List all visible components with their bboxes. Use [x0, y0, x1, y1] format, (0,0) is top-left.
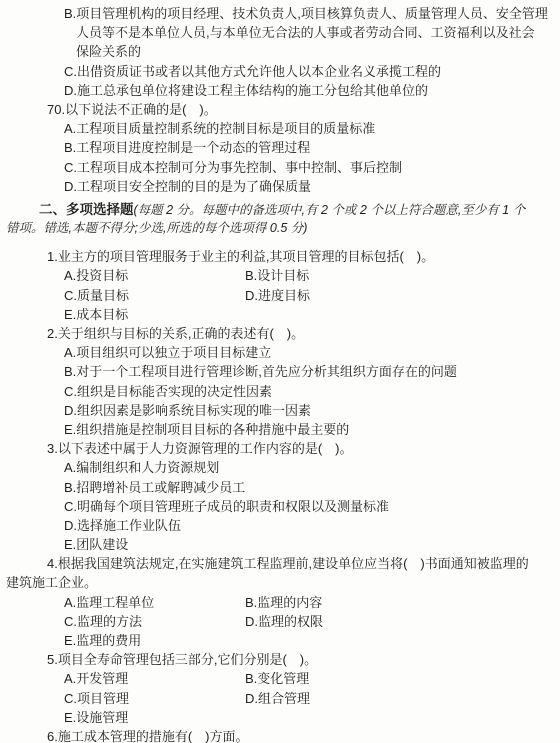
q5-option-b: B.变化管理: [245, 671, 309, 686]
section2-note-line1: (每题 2 分。每题中的备选项中,有 2 个或 2 个以上符合题意,至少有 1 …: [134, 203, 526, 217]
q69-option-b-line2: 人员等不是本单位人员,与本单位无合法的人事或者劳动合同、工资福利以及社会: [0, 23, 560, 42]
q1-options-row-ab: A.投资目标B.设计目标: [0, 266, 560, 285]
q2-option-b: B.对于一个工程项目进行管理诊断,首先应分析其组织方面存在的问题: [0, 362, 560, 381]
q5-options-row-cd: C.项目管理D.组合管理: [0, 689, 560, 708]
q1-option-d: D.进度目标: [245, 288, 310, 303]
q69-option-b-line3: 保险关系的: [0, 42, 560, 61]
q6-stem: 6.施工成本管理的措施有( )方面。: [0, 727, 560, 743]
q1-option-b: B.设计目标: [245, 268, 309, 283]
q2-option-d: D.组织因素是影响系统目标实现的唯一因素: [0, 401, 560, 420]
q70-option-c: C.工程项目成本控制可分为事先控制、事中控制、事后控制: [0, 158, 560, 177]
q5-option-d: D.组合管理: [245, 691, 310, 706]
q1-stem: 1.业主方的项目管理服务于业主的利益,其项目管理的目标包括( )。: [0, 247, 560, 266]
q4-option-b: B.监理的内容: [245, 595, 322, 610]
q4-stem-line1: 4.根据我国建筑法规定,在实施建筑工程监理前,建设单位应当将( )书面通知被监理…: [0, 554, 560, 573]
q1-option-a: A.投资目标: [64, 266, 245, 285]
q2-option-c: C.组织是目标能否实现的决定性因素: [0, 382, 560, 401]
q3-option-d: D.选择施工作业队伍: [0, 516, 560, 535]
q1-option-c: C.质量目标: [64, 286, 245, 305]
q70-option-b: B.工程项目进度控制是一个动态的管理过程: [0, 138, 560, 157]
q4-options-row-cd: C.监理的方法D.监理的权限: [0, 612, 560, 631]
q1-option-e: E.成本目标: [0, 305, 560, 324]
q5-options-row-ab: A.开发管理B.变化管理: [0, 669, 560, 688]
q69-option-c: C.出借资质证书或者以其他方式允许他人以本企业名义承揽工程的: [0, 62, 560, 81]
q69-option-b-line1: B.项目管理机构的项目经理、技术负责人,项目核算负责人、质量管理人员、安全管理: [0, 4, 560, 23]
q1-options-row-cd: C.质量目标D.进度目标: [0, 286, 560, 305]
q2-stem: 2.关于组织与目标的关系,正确的表述有( )。: [0, 324, 560, 343]
exam-page: B.项目管理机构的项目经理、技术负责人,项目核算负责人、质量管理人员、安全管理 …: [0, 0, 560, 743]
q4-stem-line2: 建筑施工企业。: [0, 573, 560, 592]
q3-option-b: B.招聘增补员工或解聘减少员工: [0, 478, 560, 497]
q70-option-a: A.工程项目质量控制系统的控制目标是项目的质量标准: [0, 119, 560, 138]
q4-option-d: D.监理的权限: [245, 614, 323, 629]
q2-option-a: A.项目组织可以独立于项目目标建立: [0, 343, 560, 362]
q3-option-c: C.明确每个项目管理班子成员的职责和权限以及测量标准: [0, 497, 560, 516]
section2-note-line2: 错项。错选,本题不得分;少选,所选的每个选项得 0.5 分): [0, 219, 560, 238]
section2-header: 二、多项选择题(每题 2 分。每题中的备选项中,有 2 个或 2 个以上符合题意…: [0, 200, 560, 219]
q5-option-c: C.项目管理: [64, 689, 245, 708]
q2-option-e: E.组织措施是控制项目目标的各种措施中最主要的: [0, 420, 560, 439]
q70-stem: 70.以下说法不正确的是( )。: [0, 100, 560, 119]
q4-option-c: C.监理的方法: [64, 612, 245, 631]
q4-option-e: E.监理的费用: [0, 631, 560, 650]
q3-stem: 3.以下表述中属于人力资源管理的工作内容的是( )。: [0, 439, 560, 458]
q5-option-e: E.设施管理: [0, 708, 560, 727]
q3-option-a: A.编制组织和人力资源规划: [0, 458, 560, 477]
q5-stem: 5.项目全寿命管理包括三部分,它们分别是( )。: [0, 650, 560, 669]
q4-option-a: A.监理工程单位: [64, 593, 245, 612]
q70-option-d: D.工程项目安全控制的目的是为了确保质量: [0, 177, 560, 196]
q4-options-row-ab: A.监理工程单位B.监理的内容: [0, 593, 560, 612]
q3-option-e: E.团队建设: [0, 535, 560, 554]
q5-option-a: A.开发管理: [64, 669, 245, 688]
q69-option-d: D.施工总承包单位将建设工程主体结构的施工分包给其他单位的: [0, 81, 560, 100]
section2-title: 二、多项选择题: [39, 202, 134, 217]
